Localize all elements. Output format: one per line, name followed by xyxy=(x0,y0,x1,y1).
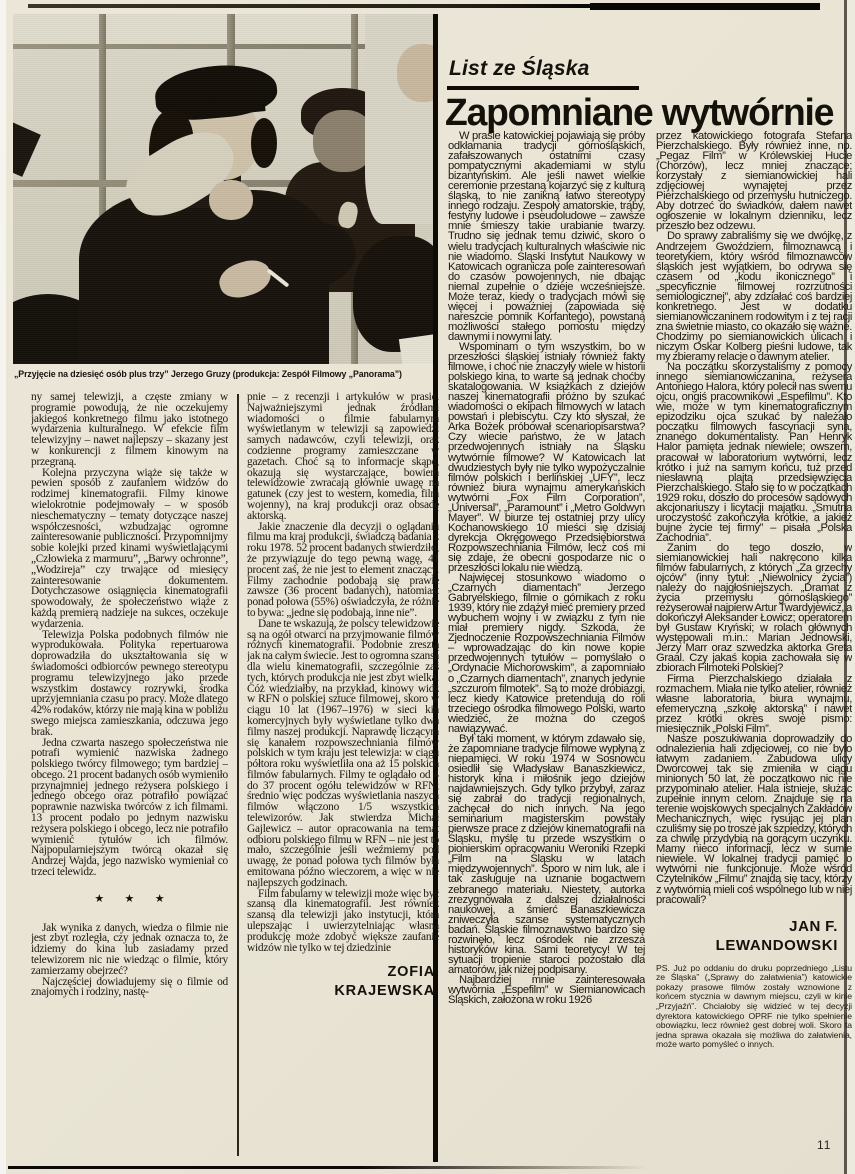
paragraph: Najwięcej stosunkowo wiadomo o „Czarnych… xyxy=(448,573,645,734)
author-last-name: LEWANDOWSKI xyxy=(656,936,838,956)
magazine-scan: { "page": { "number": "11", "colors": { … xyxy=(0,0,855,1174)
kicker-underline xyxy=(447,86,639,90)
author-signature-left-article: ZOFIA KRAJEWSKA xyxy=(247,963,439,1001)
article-kicker: List ze Śląska xyxy=(449,57,849,81)
author-first-name: JAN F. xyxy=(656,917,838,937)
paragraph: Jakie znaczenie dla decyzji o oglądaniu … xyxy=(247,522,439,619)
paragraph: Wspominam o tym wszystkim, bo w przeszło… xyxy=(448,342,645,573)
paragraph: Był taki moment, w którym zdawało się, ż… xyxy=(448,734,645,975)
column-text-block: Jak wynika z danych, wiedza o filmie nie… xyxy=(31,923,228,999)
paragraph: W prasie katowickiej pojawiają się próby… xyxy=(448,131,645,342)
paragraph: Do sprawy zabraliśmy się we dwójkę, z An… xyxy=(656,231,852,362)
film-still-photo xyxy=(13,14,437,364)
author-signature-right-article: JAN F. LEWANDOWSKI xyxy=(656,917,852,956)
column-divider-thin xyxy=(237,394,239,1156)
right-article-column-2: przez katowickiego fotografa Stefana Pie… xyxy=(656,131,852,1163)
author-last-name: KRAJEWSKA xyxy=(247,982,435,1001)
paragraph: przez katowickiego fotografa Stefana Pie… xyxy=(656,131,852,231)
section-break-stars: ★ ★ ★ xyxy=(31,878,228,923)
paragraph: Jedna czwarta naszego społeczeństwa nie … xyxy=(31,738,228,878)
bottom-rule xyxy=(8,1166,648,1169)
top-rule-thick-segment xyxy=(590,3,820,10)
paragraph: pnie – z recenzji i artykułów w prasie. … xyxy=(247,392,439,522)
paragraph: Dane te wskazują, że polscy telewidzowie… xyxy=(247,619,439,889)
paragraph: Na początku skorzystaliśmy z pomocy inne… xyxy=(656,362,852,543)
column-text-block: pnie – z recenzji i artykułów w prasie. … xyxy=(247,392,439,953)
paragraph: Telewizja Polska podobnych filmów nie wy… xyxy=(31,630,228,738)
right-article-column-1: W prasie katowickiej pojawiają się próby… xyxy=(448,131,645,1163)
paragraph: Firma Pierzchalskiego działała z rozmach… xyxy=(656,674,852,734)
photo-caption: „Przyjęcie na dziesięć osób plus trzy” J… xyxy=(14,369,438,379)
paragraph: ny samej telewizji, a częste zmiany w pr… xyxy=(31,392,228,468)
paragraph: Zanim do tego doszło, w siemianowickiej … xyxy=(656,543,852,674)
paragraph: Nasze poszukiwania doprowadziły do odnal… xyxy=(656,734,852,905)
paragraph: Film fabularny w telewizji może więc być… xyxy=(247,889,439,954)
column-text-block: W prasie katowickiej pojawiają się próby… xyxy=(448,131,645,1005)
postscript-note: PS. Już po oddaniu do druku poprzedniego… xyxy=(656,964,852,1050)
column-text-block: przez katowickiego fotografa Stefana Pie… xyxy=(656,131,852,905)
left-article-column-2: pnie – z recenzji i artykułów w prasie. … xyxy=(247,392,439,1158)
author-first-name: ZOFIA xyxy=(247,963,435,982)
paragraph: Jak wynika z danych, wiedza o filmie nie… xyxy=(31,923,228,977)
left-article-column-1: ny samej telewizji, a częste zmiany w pr… xyxy=(31,392,228,1140)
paragraph: Najczęściej dowiadujemy się o filmie od … xyxy=(31,977,228,999)
paragraph: Najbardziej mnie zainteresowała wytwórni… xyxy=(448,975,645,1005)
column-text-block: ny samej telewizji, a częste zmiany w pr… xyxy=(31,392,228,878)
article-title: Zapomniane wytwórnie xyxy=(445,92,847,135)
photo-grain-overlay xyxy=(13,14,437,364)
paragraph: Kolejna przyczyna wiąże się także w pewi… xyxy=(31,468,228,630)
page-number: 11 xyxy=(817,1138,831,1152)
